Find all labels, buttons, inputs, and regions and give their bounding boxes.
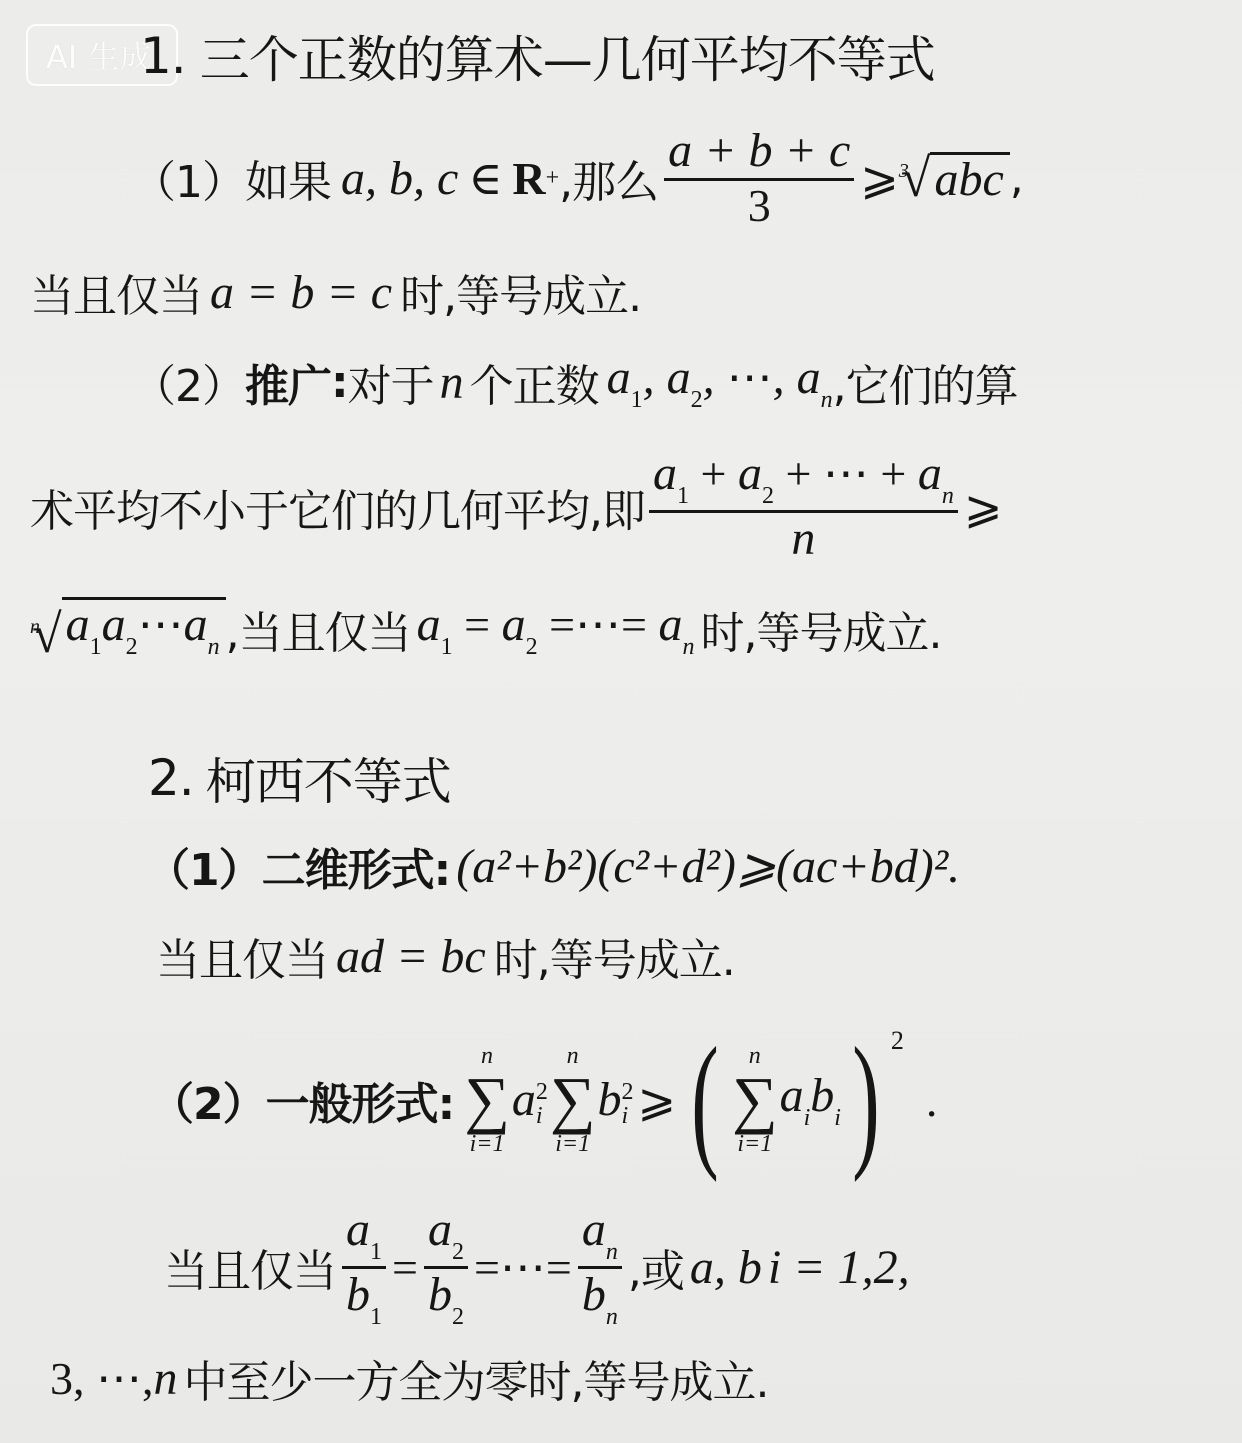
text: ,它们的算	[833, 350, 1018, 414]
item-label: （2）	[150, 1068, 266, 1132]
denominator: n	[787, 513, 819, 566]
section1-item2-line3: n √ a1a2⋯an ,当且仅当 a1 = a2 =⋯= an 时,等号成立.	[30, 592, 941, 666]
text: 时,等号成立.	[400, 260, 641, 324]
exponent: 2	[891, 1026, 904, 1056]
term-a-sq: a2i	[512, 1072, 548, 1128]
section1-item2-line2: 术平均不小于它们的几何平均,即 a1 + a2 + ⋯ + an n ⩾	[30, 452, 1002, 562]
text: 术平均不小于它们的几何平均,即	[30, 475, 645, 539]
sigma-icon: ∑	[464, 1068, 510, 1132]
section1-item1-line1: （1） 如果 a, b, c ∈ R+ ,那么 a + b + c 3 ⩾ 3 …	[132, 128, 1023, 228]
math-vars: a, b	[690, 1240, 762, 1295]
sigma-icon: ∑	[550, 1068, 596, 1132]
text: 如果	[245, 146, 331, 210]
text: ,那么	[559, 146, 658, 210]
term-ab: aibi	[780, 1068, 841, 1132]
summation: n ∑ i=1	[550, 1044, 596, 1156]
text: 3, ⋯,	[50, 1351, 154, 1405]
element-of-symbol: ∈	[468, 151, 502, 205]
geq-symbol: ⩾	[637, 1073, 676, 1127]
cauchy-2d-formula: (a²+b²)(c²+d²)⩾(ac+bd)².	[456, 838, 960, 894]
section1-heading: 1. 三个正数的算术—几何平均不等式	[140, 24, 935, 88]
root-index: n	[30, 616, 40, 639]
geq-symbol: ⩾	[964, 480, 1003, 534]
math-n: n	[440, 355, 464, 410]
text: .	[926, 1074, 938, 1127]
section2-item2-condition: 当且仅当 a1 b1 = a2 b2 =⋯= an bn ,或 a, b i =…	[164, 1212, 910, 1322]
item-label: （2）	[132, 350, 245, 414]
math-equality-chain: a1 = a2 =⋯= an	[417, 597, 695, 661]
text: :	[331, 357, 348, 408]
real-set-symbol: R	[512, 152, 545, 205]
right-paren: )	[852, 1025, 879, 1175]
fraction: a + b + c 3	[664, 125, 854, 231]
math-n: n	[154, 1351, 178, 1406]
section2-item1-line1: （1） 二维形式: (a²+b²)(c²+d²)⩾(ac+bd)².	[146, 834, 960, 898]
section1-title: 三个正数的算术—几何平均不等式	[200, 20, 935, 92]
math-vars: a, b, c	[341, 151, 458, 206]
fraction: a2 b2	[424, 1204, 468, 1330]
text: 中至少一方全为零时,等号成立.	[184, 1346, 769, 1410]
numerator: a1 + a2 + ⋯ + an	[649, 448, 958, 509]
summation: n ∑ i=1	[732, 1044, 778, 1156]
term-b-sq: b2i	[597, 1072, 633, 1128]
math-equality: a = b = c	[210, 265, 392, 320]
text: 个正数	[470, 350, 599, 414]
math-equality: ad = bc	[336, 929, 486, 984]
bold-label: 二维形式:	[262, 834, 451, 898]
text: 当且仅当	[164, 1235, 336, 1299]
text: 当且仅当	[30, 260, 202, 324]
section2-number: 2.	[148, 749, 194, 807]
numerator: a + b + c	[664, 125, 854, 178]
fraction: a1 + a2 + ⋯ + an n	[649, 448, 958, 565]
denominator: 3	[744, 181, 775, 232]
section2-item2-last-line: 3, ⋯, n 中至少一方全为零时,等号成立.	[50, 1346, 768, 1410]
summation: n ∑ i=1	[464, 1044, 510, 1156]
text: ,	[1010, 153, 1023, 204]
equals-symbol: =	[392, 1241, 418, 1294]
text: ,当且仅当	[226, 597, 411, 661]
item-label: （1）	[132, 146, 245, 210]
fraction: an bn	[578, 1204, 622, 1330]
watermark-label: AI 生成	[46, 32, 152, 78]
text: 对于	[348, 350, 434, 414]
radicand: abc	[930, 152, 1009, 205]
cube-root: 3 √ abc	[899, 151, 1010, 205]
item-label: （1）	[146, 834, 262, 898]
text: 当且仅当	[156, 924, 328, 988]
math-sequence: a1, a2, ⋯, an	[607, 350, 833, 414]
bold-label: 推广	[245, 350, 331, 414]
section1-number: 1.	[140, 27, 186, 85]
radicand: a1a2⋯an	[62, 597, 226, 660]
equals-chain: =⋯=	[474, 1240, 572, 1294]
root-index: 3	[899, 160, 909, 183]
geq-symbol: ⩾	[860, 151, 899, 205]
index-range: i = 1,2,	[768, 1240, 910, 1295]
bold-label: 一般形式:	[266, 1068, 455, 1132]
section2-item2-line1: （2） 一般形式: n ∑ i=1 a2i n ∑ i=1 b2i ⩾ ( n …	[150, 1030, 937, 1170]
section1-item1-line2: 当且仅当 a = b = c 时,等号成立.	[30, 262, 641, 322]
section2-title: 柯西不等式	[206, 742, 451, 814]
fraction: a1 b1	[342, 1204, 386, 1330]
nth-root: n √ a1a2⋯an	[30, 597, 226, 660]
section2-item1-line2: 当且仅当 ad = bc 时,等号成立.	[156, 924, 735, 988]
left-paren: (	[691, 1025, 718, 1175]
text: ,或	[628, 1235, 684, 1299]
text: 时,等号成立.	[494, 924, 735, 988]
section2-heading: 2. 柯西不等式	[148, 746, 451, 810]
text: 时,等号成立.	[700, 597, 941, 661]
section1-item2-line1: （2） 推广 : 对于 n 个正数 a1, a2, ⋯, an ,它们的算	[132, 350, 1018, 414]
sigma-icon: ∑	[732, 1068, 778, 1132]
set-subscript: +	[546, 165, 560, 192]
